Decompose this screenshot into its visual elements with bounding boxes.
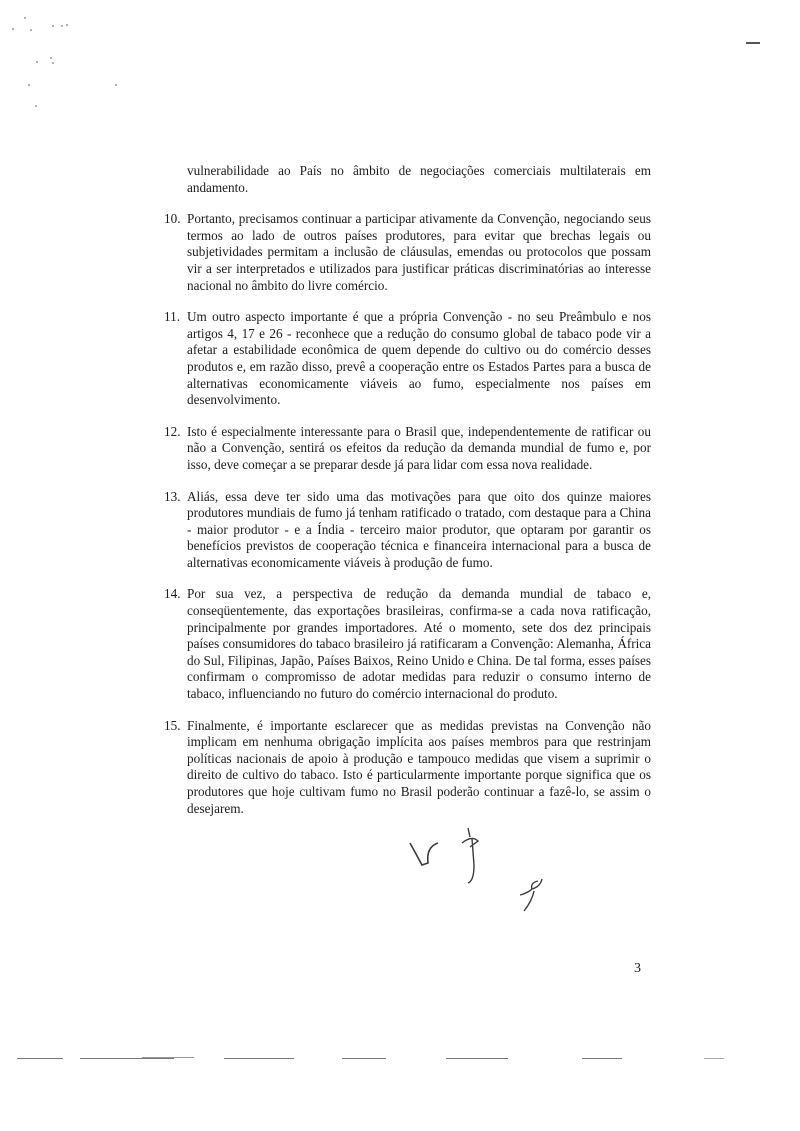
paragraph-text: Finalmente, é importante esclarecer que … <box>187 718 651 816</box>
paragraph-text: Isto é especialmente interessante para o… <box>187 424 651 472</box>
scanned-document-page: vulnerabilidade ao País no âmbito de neg… <box>0 0 800 1131</box>
paragraph-continuation: vulnerabilidade ao País no âmbito de neg… <box>187 163 651 196</box>
scan-artifact-line <box>582 1058 622 1059</box>
paragraph-number: 12. <box>164 424 180 441</box>
numbered-paragraph-13: 13. Aliás, essa deve ter sido uma das mo… <box>164 489 651 572</box>
numbered-paragraph-11: 11. Um outro aspecto importante é que a … <box>164 309 651 409</box>
scan-artifact-line <box>704 1058 724 1059</box>
page-number: 3 <box>634 961 641 977</box>
scan-artifact-line <box>224 1058 294 1059</box>
scan-speck <box>50 57 52 59</box>
numbered-paragraph-12: 12. Isto é especialmente interessante pa… <box>164 424 651 474</box>
scan-artifact-line <box>17 1058 63 1059</box>
scan-speck <box>66 24 68 26</box>
numbered-paragraph-14: 14. Por sua vez, a perspectiva de reduçã… <box>164 586 651 702</box>
paragraph-number: 15. <box>164 718 180 735</box>
paragraph-number: 10. <box>164 211 180 228</box>
handwritten-initials-icon <box>398 825 488 895</box>
paragraph-number: 13. <box>164 489 180 506</box>
scan-speck <box>24 17 26 19</box>
scan-artifact-line <box>446 1058 508 1059</box>
scan-artifact-mark <box>746 42 760 44</box>
numbered-paragraph-15: 15. Finalmente, é importante esclarecer … <box>164 718 651 818</box>
scan-speck <box>52 25 54 27</box>
scan-speck <box>12 28 14 30</box>
scan-artifact-line <box>80 1058 174 1059</box>
document-body: vulnerabilidade ao País no âmbito de neg… <box>164 163 651 817</box>
paragraph-text: Aliás, essa deve ter sido uma das motiva… <box>187 489 651 570</box>
scan-speck <box>28 84 30 86</box>
paragraph-text: Por sua vez, a perspectiva de redução da… <box>187 586 651 701</box>
scan-speck <box>52 62 54 64</box>
scan-speck <box>36 61 38 63</box>
paragraph-number: 14. <box>164 586 180 603</box>
scan-speck <box>30 29 32 31</box>
scan-artifact-line <box>142 1057 194 1058</box>
paragraph-number: 11. <box>164 309 180 326</box>
scan-speck <box>61 25 63 27</box>
paragraph-text: Portanto, precisamos continuar a partici… <box>187 211 651 292</box>
scan-speck <box>35 105 37 107</box>
scan-speck <box>115 84 117 86</box>
rubric-signature-icon <box>510 875 560 920</box>
paragraph-text: Um outro aspecto importante é que a próp… <box>187 309 651 407</box>
scan-artifact-line <box>342 1058 386 1059</box>
numbered-paragraph-10: 10. Portanto, precisamos continuar a par… <box>164 211 651 294</box>
